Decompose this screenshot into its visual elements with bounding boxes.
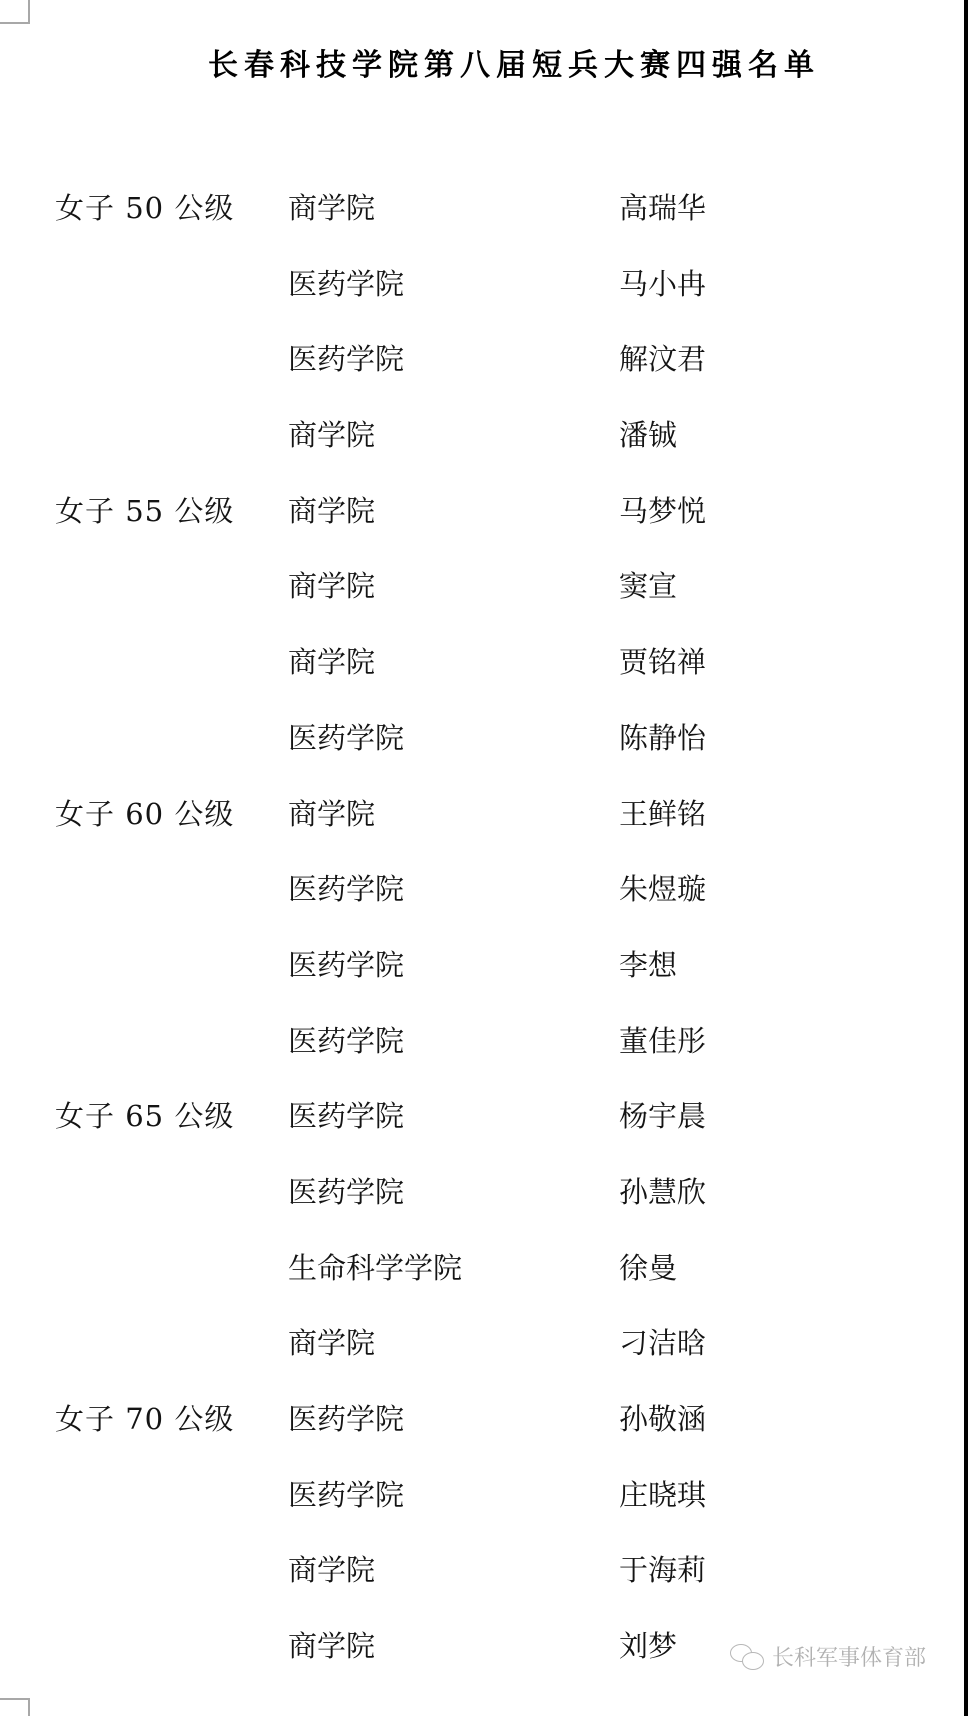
college-cell: 商学院 bbox=[288, 188, 375, 228]
college-cell: 商学院 bbox=[288, 794, 375, 834]
roster-table: 女子 50 公级 商学院 高瑞华 医药学院 马小冉 医药学院 解汶君 商学院 潘… bbox=[0, 188, 968, 1702]
athlete-name-cell: 孙慧欣 bbox=[619, 1172, 706, 1212]
crop-mark-top-left bbox=[0, 0, 30, 24]
athlete-name-cell: 徐曼 bbox=[619, 1248, 677, 1288]
athlete-name-cell: 杨宇晨 bbox=[619, 1096, 706, 1136]
weight-class-label: 女子 60 公级 bbox=[55, 794, 234, 834]
wechat-watermark: 长科军事体育部 bbox=[730, 1641, 926, 1672]
athlete-name-cell: 朱煜璇 bbox=[619, 869, 706, 909]
wechat-icon bbox=[730, 1644, 766, 1670]
table-row: 生命科学学院 徐曼 bbox=[0, 1248, 968, 1324]
college-cell: 医药学院 bbox=[288, 264, 404, 304]
athlete-name-cell: 陈静怡 bbox=[619, 718, 706, 758]
table-row: 商学院 刁洁晗 bbox=[0, 1323, 968, 1399]
college-cell: 商学院 bbox=[288, 1626, 375, 1666]
athlete-name-cell: 孙敬涵 bbox=[619, 1399, 706, 1439]
table-row: 商学院 窦宣 bbox=[0, 566, 968, 642]
table-row: 医药学院 解汶君 bbox=[0, 339, 968, 415]
college-cell: 商学院 bbox=[288, 1550, 375, 1590]
table-row: 女子 70 公级 医药学院 孙敬涵 bbox=[0, 1399, 968, 1475]
athlete-name-cell: 窦宣 bbox=[619, 566, 677, 606]
table-row: 女子 65 公级 医药学院 杨宇晨 bbox=[0, 1096, 968, 1172]
table-row: 医药学院 李想 bbox=[0, 945, 968, 1021]
college-cell: 医药学院 bbox=[288, 1021, 404, 1061]
athlete-name-cell: 王鲜铭 bbox=[619, 794, 706, 834]
table-row: 医药学院 董佳彤 bbox=[0, 1021, 968, 1097]
athlete-name-cell: 高瑞华 bbox=[619, 188, 706, 228]
table-row: 女子 60 公级 商学院 王鲜铭 bbox=[0, 794, 968, 870]
college-cell: 商学院 bbox=[288, 491, 375, 531]
college-cell: 商学院 bbox=[288, 566, 375, 606]
document-title: 长春科技学院第八届短兵大赛四强名单 bbox=[0, 40, 968, 84]
college-cell: 商学院 bbox=[288, 1323, 375, 1363]
table-row: 医药学院 孙慧欣 bbox=[0, 1172, 968, 1248]
table-row: 女子 55 公级 商学院 马梦悦 bbox=[0, 491, 968, 567]
college-cell: 商学院 bbox=[288, 642, 375, 682]
college-cell: 医药学院 bbox=[288, 1096, 404, 1136]
college-cell: 生命科学学院 bbox=[288, 1248, 462, 1288]
athlete-name-cell: 马小冉 bbox=[619, 264, 706, 304]
document-page: 长春科技学院第八届短兵大赛四强名单 女子 50 公级 商学院 高瑞华 医药学院 … bbox=[0, 0, 968, 1716]
table-row: 商学院 贾铭禅 bbox=[0, 642, 968, 718]
college-cell: 医药学院 bbox=[288, 1172, 404, 1212]
athlete-name-cell: 于海莉 bbox=[619, 1550, 706, 1590]
college-cell: 医药学院 bbox=[288, 718, 404, 758]
athlete-name-cell: 李想 bbox=[619, 945, 677, 985]
weight-class-label: 女子 65 公级 bbox=[55, 1096, 234, 1136]
watermark-text: 长科军事体育部 bbox=[772, 1641, 926, 1672]
table-row: 医药学院 庄晓琪 bbox=[0, 1475, 968, 1551]
table-row: 商学院 于海莉 bbox=[0, 1550, 968, 1626]
athlete-name-cell: 董佳彤 bbox=[619, 1021, 706, 1061]
college-cell: 商学院 bbox=[288, 415, 375, 455]
college-cell: 医药学院 bbox=[288, 869, 404, 909]
athlete-name-cell: 潘铖 bbox=[619, 415, 677, 455]
table-row: 医药学院 马小冉 bbox=[0, 264, 968, 340]
table-row: 医药学院 朱煜璇 bbox=[0, 869, 968, 945]
athlete-name-cell: 解汶君 bbox=[619, 339, 706, 379]
college-cell: 医药学院 bbox=[288, 339, 404, 379]
college-cell: 医药学院 bbox=[288, 945, 404, 985]
college-cell: 医药学院 bbox=[288, 1399, 404, 1439]
college-cell: 医药学院 bbox=[288, 1475, 404, 1515]
weight-class-label: 女子 70 公级 bbox=[55, 1399, 234, 1439]
table-row: 女子 50 公级 商学院 高瑞华 bbox=[0, 188, 968, 264]
weight-class-label: 女子 55 公级 bbox=[55, 491, 234, 531]
athlete-name-cell: 贾铭禅 bbox=[619, 642, 706, 682]
table-row: 医药学院 陈静怡 bbox=[0, 718, 968, 794]
table-row: 商学院 潘铖 bbox=[0, 415, 968, 491]
athlete-name-cell: 刘梦 bbox=[619, 1626, 677, 1666]
athlete-name-cell: 马梦悦 bbox=[619, 491, 706, 531]
athlete-name-cell: 庄晓琪 bbox=[619, 1475, 706, 1515]
weight-class-label: 女子 50 公级 bbox=[55, 188, 234, 228]
athlete-name-cell: 刁洁晗 bbox=[619, 1323, 706, 1363]
